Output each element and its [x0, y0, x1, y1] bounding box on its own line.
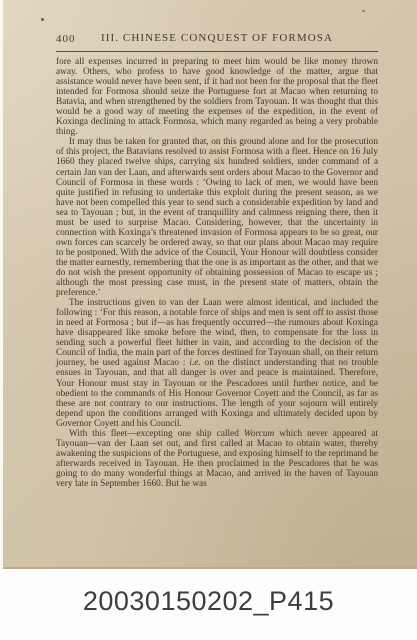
paper-speck [362, 10, 365, 12]
running-title: III. CHINESE CONQUEST OF FORMOSA [56, 32, 378, 44]
page-left-edge [0, 0, 3, 569]
paragraph-2-text: It may thus be taken for granted that, o… [56, 137, 378, 298]
paragraph-3-italic: i.e. [189, 358, 200, 368]
paragraph-1-text: fore all expenses incurred in preparing … [56, 57, 378, 137]
header-rule [56, 51, 378, 52]
scan-label-strip: 20030150202_P415 [0, 569, 417, 640]
paragraph-4: With this fleet—excepting one ship calle… [56, 429, 378, 489]
scan-id-label: 20030150202_P415 [83, 586, 334, 617]
paragraph-2: It may thus be taken for granted that, o… [56, 137, 378, 298]
paper-speck [41, 18, 44, 21]
paragraph-1: fore all expenses incurred in preparing … [56, 57, 378, 137]
scanned-book-page: 400 III. CHINESE CONQUEST OF FORMOSA for… [0, 0, 417, 640]
paragraph-4-text: With this fleet—excepting one ship calle… [69, 429, 244, 439]
page-body: fore all expenses incurred in preparing … [56, 57, 378, 489]
paragraph-3-text-cont: on the distinct understanding that no tr… [56, 358, 378, 428]
paper-background: 400 III. CHINESE CONQUEST OF FORMOSA for… [0, 0, 417, 569]
paragraph-3: The instructions given to van der Laan w… [56, 298, 378, 429]
page-header: 400 III. CHINESE CONQUEST OF FORMOSA [56, 32, 378, 47]
paragraph-4-ship-name-italic: Worcum [244, 429, 274, 439]
